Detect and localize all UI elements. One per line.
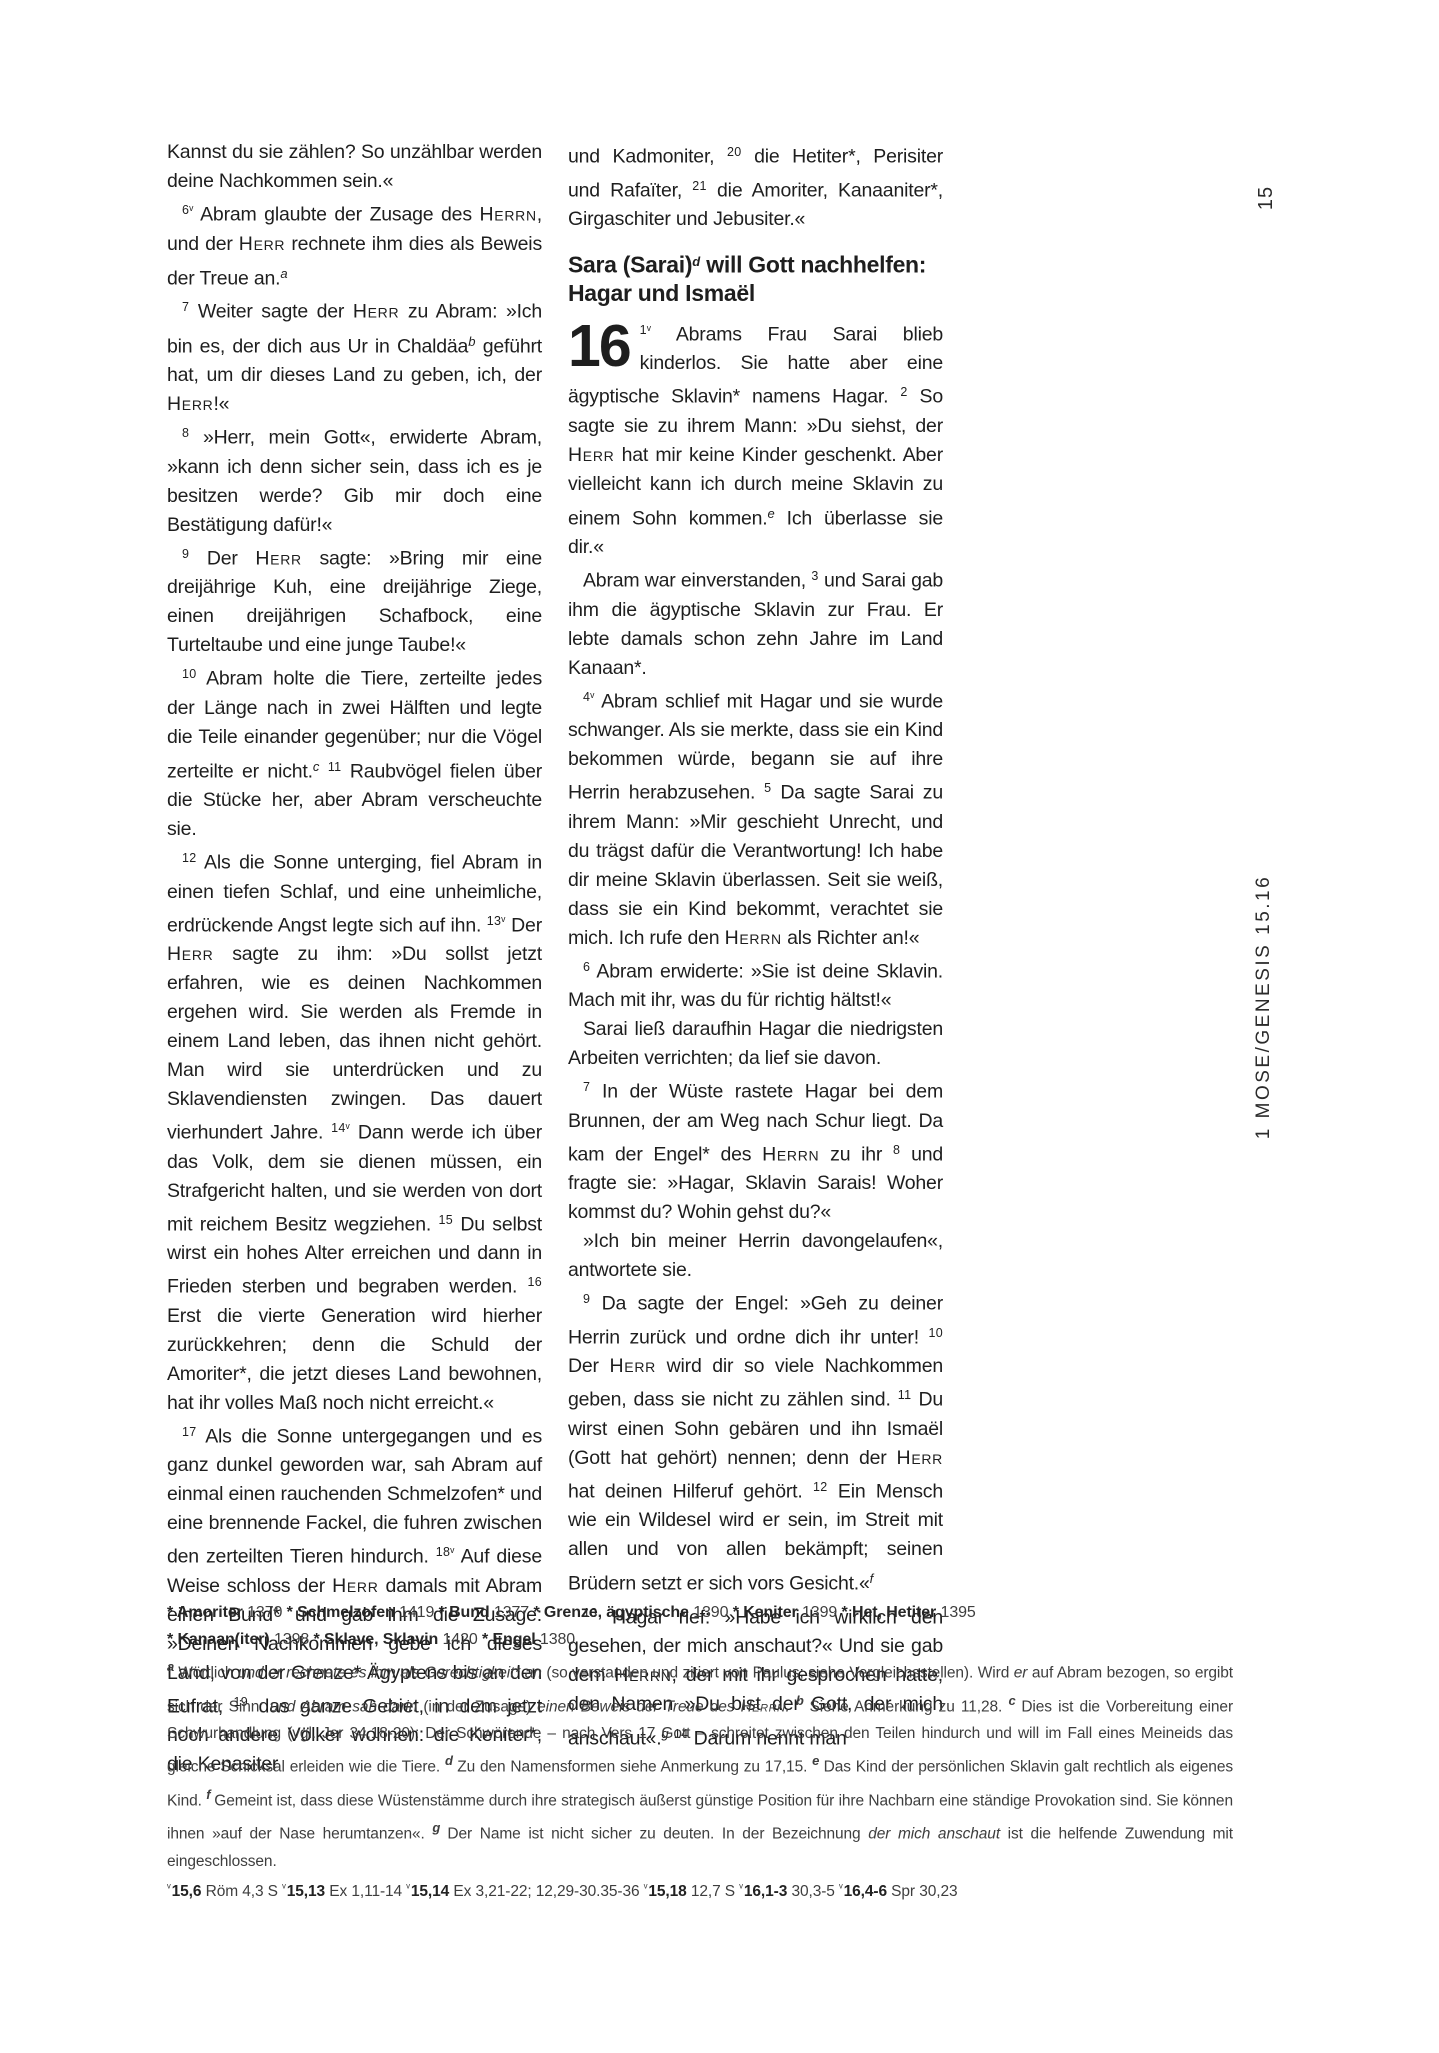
text-segment: Siehe Anmerkung zu 11,28. [809,1698,1008,1715]
text-segment: 1390 [689,1604,733,1621]
verse-paragraph: 9 Der Herr sagte: »Bring mir eine dreijä… [167,540,542,661]
text-segment: a [167,1659,178,1674]
text-segment: 18ᵛ [436,1545,455,1559]
text-segment: Herrn [741,1698,786,1715]
text-segment: 15,14 [411,1883,449,1900]
text-segment: 1380 [536,1631,576,1648]
text-segment: Abram erwiderte: »Sie ist deine Sklavin.… [568,960,943,1011]
text-segment: 6ᵛ [182,203,194,217]
text-segment: 1377 [490,1604,534,1621]
text-segment: Herr [610,1355,656,1377]
left-column: Kannst du sie zählen? So unzählbar werde… [167,138,542,1779]
text-segment: 30,3-5 [787,1883,839,1900]
text-segment: Sarai ließ daraufhin Hagar die niedrigst… [568,1018,943,1069]
text-segment: ᵛ [644,1882,648,1894]
text-segment: Herr [167,943,213,965]
verse-paragraph: und Kadmoniter, 20 die Hetiter*, Perisit… [568,138,943,234]
text-segment: 12 [182,851,197,865]
section-heading: Sara (Sarai)d will Gott nachhelfen: Haga… [568,248,943,308]
text-segment: a [280,266,287,281]
text-segment: 14ᵛ [331,1121,350,1135]
verse-paragraph: »Ich bin meiner Herrin davongelaufen«, a… [568,1227,943,1285]
text-segment: g [432,1820,447,1835]
text-segment: 17 [182,1425,197,1439]
text-segment: Herrn [762,1143,819,1165]
chapter-number: 16 [568,316,640,374]
text-segment: ᵛ [282,1882,286,1894]
text-segment: 21 [692,179,707,193]
text-segment: zu ihr [819,1143,893,1165]
text-segment: e [812,1753,824,1768]
text-segment: Spr 30,23 [887,1883,958,1900]
verse-paragraph: 4ᵛ Abram schlief mit Hagar und sie wurde… [568,683,943,953]
text-segment: Herr [167,393,213,415]
text-segment [319,760,328,782]
text-segment: Da sagte der Engel: »Geh zu deiner Herri… [568,1293,943,1349]
text-segment: ᵛ [739,1882,743,1894]
text-segment: Wörtlich [178,1665,238,1682]
verse-paragraph: 7 In der Wüste rastete Hagar bei dem Bru… [568,1073,943,1227]
text-segment: Der [568,1355,610,1377]
text-segment: ᵛ [839,1882,843,1894]
text-segment: Herr [353,301,399,323]
text-segment: * Keniter [733,1604,798,1621]
page-number: 15 [1253,168,1279,228]
main-text-area: Kannst du sie zählen? So unzählbar werde… [167,138,943,1779]
verse-paragraph: Abram war einverstanden, 3 und Sarai gab… [568,562,943,683]
text-segment: Da sagte Sarai zu ihrem Mann: »Mir gesch… [568,782,943,949]
verse-paragraph: 9 Da sagte der Engel: »Geh zu deiner Her… [568,1285,943,1599]
text-segment: Herr [332,1575,378,1597]
verse-paragraph: Kannst du sie zählen? So unzählbar werde… [167,138,542,196]
cross-references-line: ᵛ15,6 Röm 4,3 S ᵛ15,13 Ex 1,11-14 ᵛ15,14… [167,1875,1233,1905]
chapter-paragraph: 161ᵛ Abrams Frau Sarai blieb kinderlos. … [568,316,943,563]
text-segment: c [1008,1693,1021,1708]
text-segment: Herr [239,233,285,255]
text-segment: 1398 [270,1631,314,1648]
text-segment: 16 [527,1275,542,1289]
text-segment: Herrn [480,204,537,226]
text-segment: der mich anschaut [868,1826,1000,1843]
text-segment: 3 [811,569,818,583]
text-segment: »Ich bin meiner Herrin davongelaufen«, a… [568,1230,943,1281]
text-segment: 20 [727,145,742,159]
text-segment: * Amoriter [167,1604,243,1621]
verse-paragraph: 10 Abram holte die Tiere, zerteilte jede… [167,660,542,844]
text-segment: 1419 [395,1604,439,1621]
text-segment: 1ᵛ [640,323,652,337]
text-segment: 4ᵛ [583,690,595,704]
text-segment: 1395 [936,1604,976,1621]
verse-paragraph: 6 Abram erwiderte: »Sie ist deine Sklavi… [568,953,943,1016]
star-references-line: * Kanaan(iter) 1398 * Sklave, Sklavin 14… [167,1626,1233,1653]
text-segment: * Bund [439,1604,490,1621]
text-segment: * Engel [482,1631,536,1648]
bible-page: Kannst du sie zählen? So unzählbar werde… [0,0,1439,2053]
text-segment: einen Beweis der Treue des [537,1698,740,1715]
footnote-paragraph: a Wörtlich und er rechnete es ihm als Ge… [167,1653,1233,1875]
text-segment: ᵛ [406,1882,410,1894]
verse-paragraph: 7 Weiter sagte der Herr zu Abram: »Ich b… [167,293,542,419]
text-segment: Erst die vierte Generation wird hierher … [167,1305,542,1414]
text-segment: (in der Zusage) [417,1698,537,1715]
text-segment: 15,6 [172,1883,202,1900]
text-segment: 11 [898,1388,912,1402]
text-segment: Ex 1,11-14 [325,1883,406,1900]
text-segment: d [445,1753,457,1768]
text-segment: Röm 4,3 S [201,1883,282,1900]
text-segment: 15,13 [287,1883,325,1900]
text-segment: 15 [438,1213,453,1227]
text-segment: Als die Sonne unterging, fiel Abram in e… [167,852,542,937]
text-segment: Herr [255,547,301,569]
text-segment: sagte zu ihm: »Du sollst jetzt erfahren,… [167,943,542,1144]
text-segment: f [870,1571,874,1586]
text-segment: !« [213,393,229,415]
text-segment: Kannst du sie zählen? So unzählbar werde… [167,141,542,192]
text-segment: 1370 [243,1604,287,1621]
text-segment: 11 [328,760,342,774]
text-segment: Herrn [725,927,782,949]
text-segment: hat deinen Hilferuf gehört. [568,1480,813,1502]
text-segment: »Herr, mein Gott«, erwiderte Abram, »kan… [167,427,542,536]
text-segment: * Sklave, Sklavin [314,1631,439,1648]
text-segment: b [796,1693,810,1708]
text-segment: und Kadmoniter, [568,146,727,168]
footnotes-section: * Amoriter 1370 * Schmelzofen 1419 * Bun… [167,1599,1233,1905]
text-segment: 1399 [798,1604,842,1621]
text-segment: Abram glaubte der Zusage des [194,204,480,226]
text-segment: 15,18 [648,1883,686,1900]
verse-paragraph: 12 Als die Sonne unterging, fiel Abram i… [167,844,542,1418]
text-segment: 13ᵛ [487,914,506,928]
text-segment: ᵛ [167,1882,171,1894]
text-segment: Der [189,547,255,569]
verse-paragraph: 6ᵛ Abram glaubte der Zusage des Herrn, u… [167,196,542,293]
text-segment: * Het, Hetiter [842,1604,937,1621]
text-segment: 10 [928,1326,943,1340]
text-segment: 1420 [438,1631,482,1648]
right-column: und Kadmoniter, 20 die Hetiter*, Perisit… [568,138,943,1779]
text-segment: * Kanaan(iter) [167,1631,270,1648]
text-segment: und er rechnete es ihm als Gerechtigkeit… [238,1665,542,1682]
text-segment: als Richter an!« [782,927,920,949]
text-segment: Herr [568,444,614,466]
text-segment: (so verstanden und zitiert von Paulus; s… [542,1665,1014,1682]
text-segment: 12,7 S [687,1883,740,1900]
text-segment: und Abram sah darin [270,1698,417,1715]
text-segment: 10 [182,667,197,681]
text-segment: 12 [813,1480,828,1494]
text-segment: e [768,506,775,521]
text-segment: Abram war einverstanden, [583,570,811,592]
text-segment: * Schmelzofen [287,1604,395,1621]
text-segment: Herr [897,1447,943,1469]
text-segment: Sara (Sarai) [568,252,692,278]
verse-paragraph: 8 »Herr, mein Gott«, erwiderte Abram, »k… [167,419,542,540]
text-segment: 2 [900,385,907,399]
text-segment: * Grenze, ägyptische [533,1604,688,1621]
running-head-book-label: 1 MOSE/GENESIS 15.16 [1251,857,1277,1157]
text-segment: Weiter sagte der [189,301,353,323]
text-segment: d [692,254,700,269]
text-segment: 16,4-6 [844,1883,887,1900]
text-segment: Der [506,914,542,936]
verse-paragraph: Sarai ließ daraufhin Hagar die niedrigst… [568,1015,943,1073]
text-segment: Der Name ist nicht sicher zu deuten. In … [447,1826,868,1843]
text-segment: 16,1-3 [744,1883,787,1900]
text-segment: Zu den Namensformen siehe Anmerkung zu 1… [457,1759,812,1776]
text-segment: er [1014,1665,1028,1682]
text-segment: Ex 3,21-22; 12,29-30.35-36 [449,1883,644,1900]
star-references-line: * Amoriter 1370 * Schmelzofen 1419 * Bun… [167,1599,1233,1626]
